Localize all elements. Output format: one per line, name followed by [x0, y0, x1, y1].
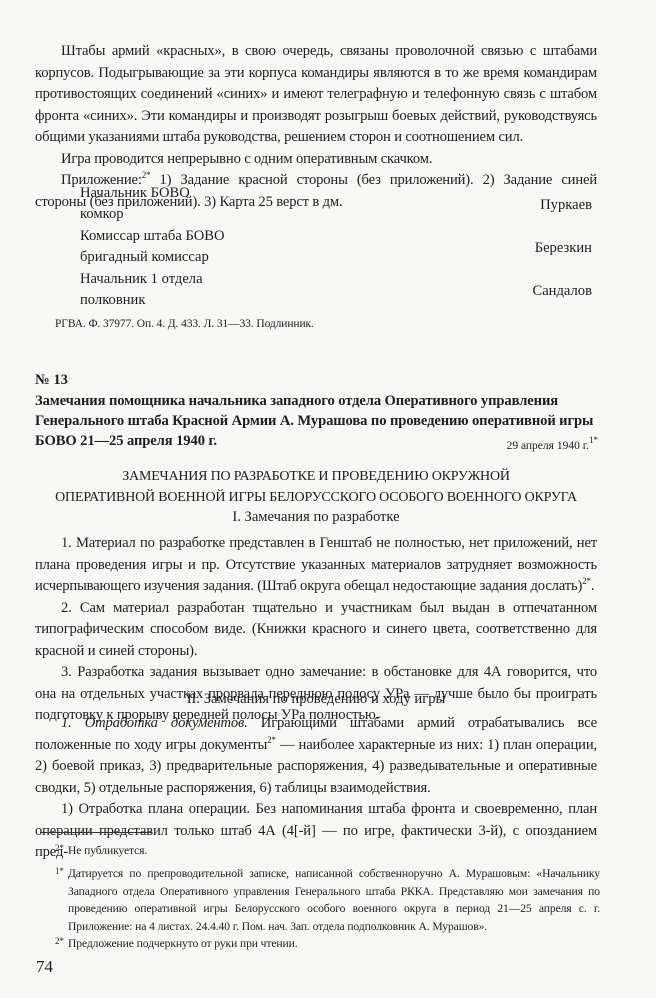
- italic-subheading: 1. Отработка документов.: [61, 715, 248, 731]
- item-tail: .: [591, 578, 595, 594]
- footnote-text: Датируется по препроводительной записке,…: [68, 865, 600, 935]
- footnote-mark: 1*: [589, 435, 598, 445]
- item-text: 1. Материал по разработке представлен в …: [35, 535, 597, 594]
- footnote-divider: [40, 832, 152, 833]
- section-heading-development: I. Замечания по разработке: [35, 509, 597, 526]
- book-page: Штабы армий «красных», в свою очередь, с…: [0, 0, 656, 998]
- footnote: 1* Датируется по препроводительной запис…: [55, 865, 600, 935]
- section2-paragraph-documents: 1. Отработка документов. Играющими штаба…: [35, 713, 597, 799]
- signature-rank: бригадный комиссар: [80, 249, 209, 266]
- main-heading: ЗАМЕЧАНИЯ ПО РАЗРАБОТКЕ И ПРОВЕДЕНИЮ ОКР…: [35, 466, 597, 508]
- paragraph-game-continuous: Игра проводится непрерывно с одним опера…: [35, 149, 597, 171]
- footnote: 2* Не публикуется.: [55, 842, 600, 860]
- signatures-block: Начальник БОВО комкор Пуркаев Комиссар ш…: [80, 185, 592, 314]
- footnote-mark: 2*: [582, 576, 591, 586]
- archive-source: РГВА. Ф. 37977. Оп. 4. Д. 433. Л. 31—33.…: [55, 318, 314, 330]
- signature-position: Комиссар штаба БОВО: [80, 228, 225, 245]
- signature-name: Пуркаев: [540, 197, 592, 214]
- footnote-mark: 2*: [267, 735, 276, 745]
- section1-item: 2. Сам материал разработан тщательно и у…: [35, 598, 597, 663]
- section-heading-conduct: II. Замечания по проведению и ходу игры: [35, 691, 597, 708]
- signature-row: Начальник БОВО комкор Пуркаев: [80, 185, 592, 228]
- date-text: 29 апреля 1940 г.: [507, 440, 589, 452]
- footnote: 2* Предложение подчеркнуто от руки при ч…: [55, 935, 600, 953]
- signature-row: Начальник 1 отдела полковник Сандалов: [80, 271, 592, 314]
- footnote-text: Не публикуется.: [68, 842, 600, 860]
- main-heading-line1: ЗАМЕЧАНИЯ ПО РАЗРАБОТКЕ И ПРОВЕДЕНИЮ ОКР…: [35, 466, 597, 487]
- signature-position: Начальник БОВО: [80, 185, 190, 202]
- main-heading-line2: ОПЕРАТИВНОЙ ВОЕННОЙ ИГРЫ БЕЛОРУССКОГО ОС…: [35, 487, 597, 508]
- signature-rank: комкор: [80, 206, 124, 223]
- footnote-text: Предложение подчеркнуто от руки при чтен…: [68, 935, 600, 953]
- signature-position: Начальник 1 отдела: [80, 271, 203, 288]
- document-number: № 13: [35, 372, 68, 389]
- paragraph-staff-communications: Штабы армий «красных», в свою очередь, с…: [35, 41, 597, 149]
- page-number: 74: [36, 957, 53, 977]
- section2-text: 1. Отработка документов. Играющими штаба…: [35, 713, 597, 864]
- footnote-mark: 1*: [55, 863, 64, 881]
- section1-item: 1. Материал по разработке представлен в …: [35, 533, 597, 598]
- footnote-mark: 2*: [55, 840, 64, 858]
- signature-name: Сандалов: [532, 283, 592, 300]
- footnote-mark: 2*: [55, 933, 64, 951]
- signature-name: Березкин: [535, 240, 592, 257]
- document-date: 29 апреля 1940 г.1*: [507, 440, 598, 452]
- signature-row: Комиссар штаба БОВО бригадный комиссар Б…: [80, 228, 592, 271]
- signature-rank: полковник: [80, 292, 145, 309]
